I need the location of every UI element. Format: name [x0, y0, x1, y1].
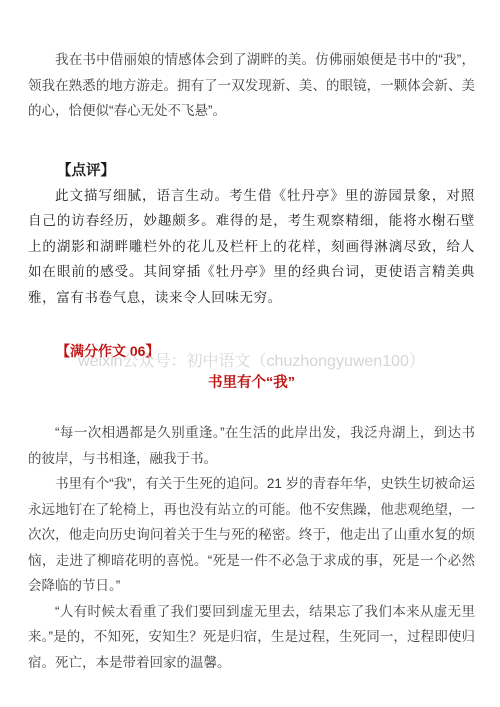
essay-paragraph-1: “每一次相遇都是久别重逢。”在生活的此岸出发，我泛舟湖上，到达书的彼岸，与书相逢… — [28, 420, 475, 471]
watermark: weixin公众号：初中语文（chuzhongyuwen100） — [28, 352, 475, 372]
document-content: 我在书中借丽娘的情感体会到了湖畔的美。仿佛丽娘便是书中的“我”，领我在熟悉的地方… — [0, 0, 500, 675]
comment-section-header: 【点评】 — [28, 159, 475, 184]
document-page: 我在书中借丽娘的情感体会到了湖畔的美。仿佛丽娘便是书中的“我”，领我在熟悉的地方… — [0, 0, 500, 707]
essay-title: 书里有个“我” — [28, 372, 475, 394]
essay-body: “每一次相遇都是久别重逢。”在生活的此岸出发，我泛舟湖上，到达书的彼岸，与书相逢… — [28, 420, 475, 675]
comment-body-text: 此文描写细腻，语言生动。考生借《牡丹亭》里的游园景象，对照自己的访春经历，妙趣颇… — [28, 184, 475, 312]
essay-paragraph-3: “人有时候太看重了我们要回到虚无里去，结果忘了我们本来从虚无里来。”是的，不知死… — [28, 599, 475, 676]
essay-paragraph-2: 书里有个“我”，有关于生死的追问。21 岁的青春年华，史铁生切被命运永远地钉在了… — [28, 471, 475, 599]
intro-paragraph: 我在书中借丽娘的情感体会到了湖畔的美。仿佛丽娘便是书中的“我”，领我在熟悉的地方… — [28, 47, 475, 124]
